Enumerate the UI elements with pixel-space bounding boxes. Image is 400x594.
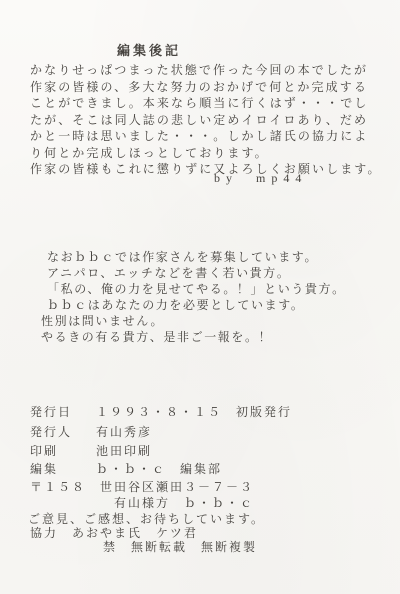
- recruitment-paragraph: なおｂｂｃでは作家さんを募集しています。 アニパロ、エッチなどを書く若い貴方。 …: [47, 249, 387, 345]
- afterword-line: たが、そこは同人誌の悲しい定めイロイロあり、だめ: [30, 112, 390, 129]
- afterword-line: 作家の皆様もこれに懲りずに又よろしくお願いします。: [30, 161, 390, 178]
- address-line-1: 〒１５８ 世田谷区瀬田３－７－３: [30, 478, 254, 495]
- byline: by mp44: [214, 171, 307, 186]
- colophon-value: 有山秀彦: [96, 425, 152, 439]
- address-line-2: 有山様方 ｂ・ｂ・ｃ: [114, 494, 254, 511]
- colophon-label: 印刷: [30, 442, 96, 459]
- colophon-value: 池田印刷: [96, 444, 152, 458]
- afterword-line: かなりせっぱつまった状態で作った今回の本でしたが: [30, 62, 390, 79]
- afterword-paragraph: かなりせっぱつまった状態で作った今回の本でしたが 作家の皆様の、多大な努力のおか…: [30, 62, 390, 178]
- colophon-value: ｂ・ｂ・ｃ 編集部: [96, 462, 222, 476]
- recruitment-line: なおｂｂｃでは作家さんを募集しています。: [47, 249, 387, 265]
- recruitment-line: やるきの有る貴方、是非ご一報を。！: [41, 329, 387, 345]
- colophon-row-editing: 編集ｂ・ｂ・ｃ 編集部: [30, 460, 222, 477]
- colophon-label: 編集: [30, 460, 96, 477]
- page-title: 編集後記: [117, 40, 181, 59]
- colophon-row-publication-date: 発行日１９９３・８・１５ 初版発行: [30, 403, 292, 420]
- colophon-row-publisher: 発行人有山秀彦: [30, 423, 152, 440]
- recruitment-line: ｂｂｃはあなたの力を必要としています。: [47, 297, 387, 313]
- afterword-line: ことができまし。本来なら順当に行くはず・・・でし: [30, 95, 390, 112]
- colophon-row-printer: 印刷池田印刷: [30, 442, 152, 459]
- colophon-label: 発行人: [30, 423, 96, 440]
- recruitment-line: 「私の、俺の力を見せてやる。！」という貴方。: [47, 281, 387, 297]
- recruitment-line: アニパロ、エッチなどを書く若い貴方。: [47, 265, 387, 281]
- recruitment-line: 性別は問いません。: [41, 313, 387, 329]
- afterword-line: 作家の皆様の、多大な努力のおかげで何とか完成する: [30, 79, 390, 96]
- afterword-line: り何とか完成しほっとしております。: [30, 145, 390, 162]
- colophon-value: １９９３・８・１５ 初版発行: [96, 405, 292, 419]
- colophon-label: 発行日: [30, 403, 96, 420]
- afterword-line: かと一時は思いました・・・。しかし諸氏の協力によ: [30, 128, 390, 145]
- scanned-page: 編集後記 かなりせっぱつまった状態で作った今回の本でしたが 作家の皆様の、多大な…: [0, 0, 400, 594]
- copyright-notice-line: 禁 無断転載 無断複製: [103, 538, 257, 555]
